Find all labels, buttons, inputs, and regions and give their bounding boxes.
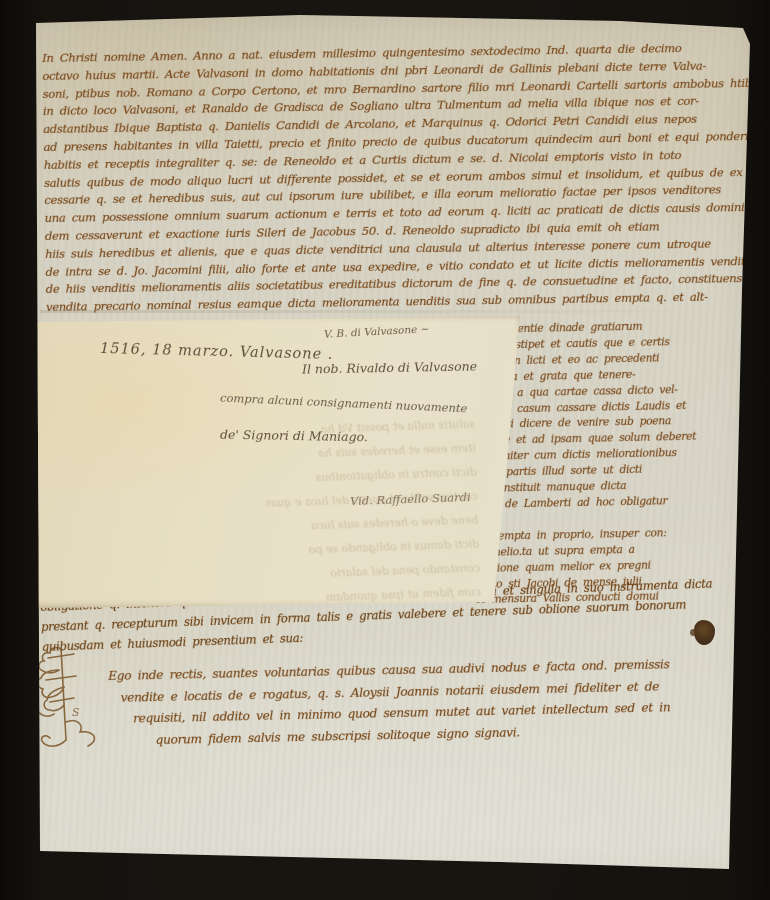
archivist-purchase-note: compra alcuni consignamenti nuovamente — [220, 391, 468, 416]
signum-letter-left: B — [29, 700, 38, 713]
notary-subscription-block: Ego inde rectis, suantes voluntarias qui… — [108, 653, 752, 752]
main-text-block: In Christi nomine Amen. Anno a nat. eius… — [42, 39, 752, 317]
notary-signum-icon: B S — [28, 644, 104, 756]
attached-slip: salutis nulla et possit Vd haitem esse e… — [34, 316, 520, 608]
archivist-date-note: 1516, 18 marzo. Valvasone . — [100, 341, 334, 363]
fold-crease — [40, 310, 730, 313]
manuscript-page: In Christi nomine Amen. Anno a nat. eius… — [0, 0, 770, 900]
slip-header-note: V. B. di Valvasone ~ — [324, 323, 430, 341]
ink-blot — [694, 620, 715, 645]
archivist-maniago-note: de' Signori di Maniago. — [220, 427, 368, 445]
bleedthrough-text: salutis nulla et possit Vd haitem esse e… — [39, 412, 481, 619]
signum-letter-right: S — [72, 706, 80, 719]
scan-backdrop: In Christi nomine Amen. Anno a nat. eius… — [0, 0, 770, 900]
archivist-name-note: Il nob. Rivaldo di Valvasone — [302, 358, 477, 376]
